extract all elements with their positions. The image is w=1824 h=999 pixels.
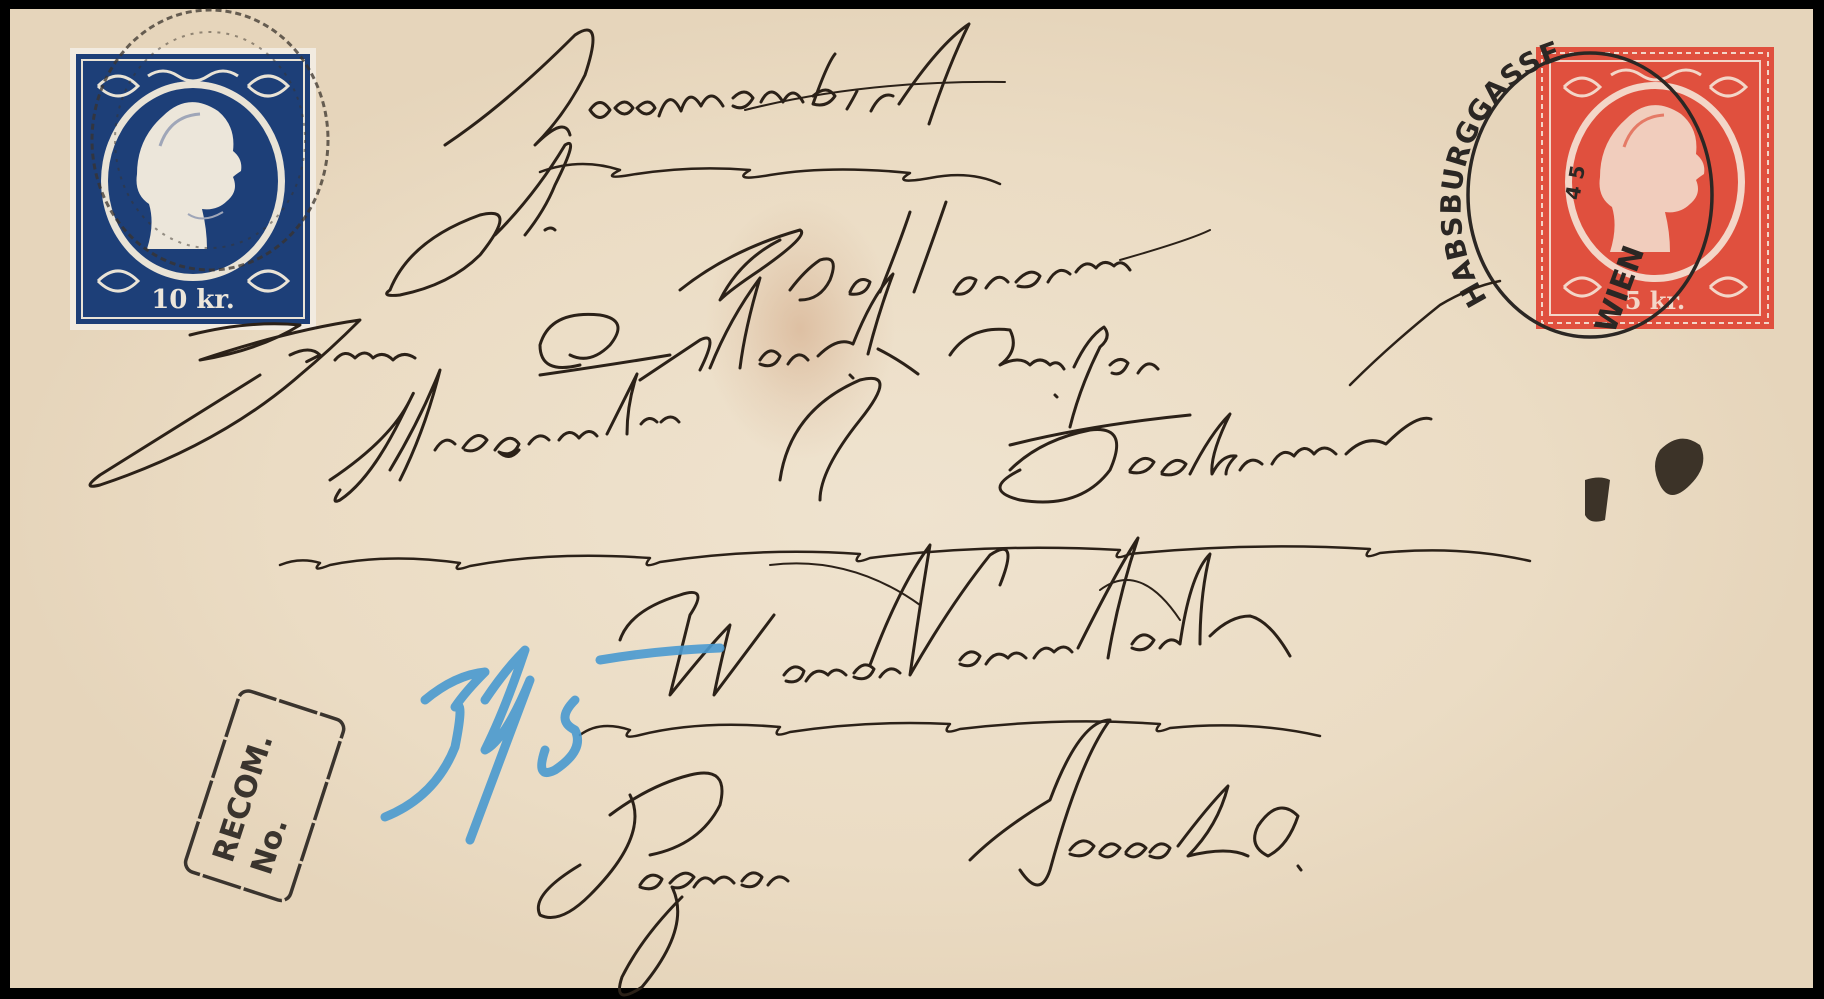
svg-text:5 kr.: 5 kr. xyxy=(1625,286,1685,315)
svg-text:10 kr.: 10 kr. xyxy=(151,285,235,315)
blue-10kr-stamp: 10 kr. xyxy=(68,46,318,332)
red-5kr-stamp: 5 kr. xyxy=(1536,47,1774,329)
